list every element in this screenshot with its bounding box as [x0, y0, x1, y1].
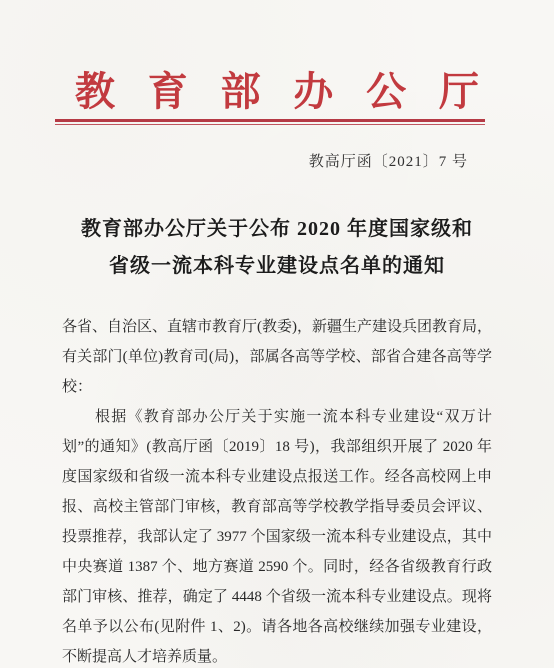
body-paragraph: 根据《教育部办公厅关于实施一流本科专业建设“双万计划”的通知》(教高厅函〔201…	[62, 402, 492, 668]
letterhead-divider	[55, 119, 485, 125]
document-title-line-1: 教育部办公厅关于公布 2020 年度国家级和	[0, 211, 554, 248]
letterhead-org-name: 教育部办公厅	[0, 60, 554, 117]
document-title-line-2: 省级一流本科专业建设点名单的通知	[0, 248, 554, 285]
divider-thin-line	[55, 124, 485, 125]
document-body: 各省、自治区、直辖市教育厅(教委)，新疆生产建设兵团教育局，有关部门(单位)教育…	[62, 312, 492, 668]
document-number: 教高厅函〔2021〕7 号	[309, 150, 468, 171]
salutation: 各省、自治区、直辖市教育厅(教委)，新疆生产建设兵团教育局，有关部门(单位)教育…	[62, 312, 492, 402]
document-title: 教育部办公厅关于公布 2020 年度国家级和 省级一流本科专业建设点名单的通知	[0, 211, 554, 285]
document-page: 教育部办公厅 教高厅函〔2021〕7 号 教育部办公厅关于公布 2020 年度国…	[0, 0, 554, 668]
